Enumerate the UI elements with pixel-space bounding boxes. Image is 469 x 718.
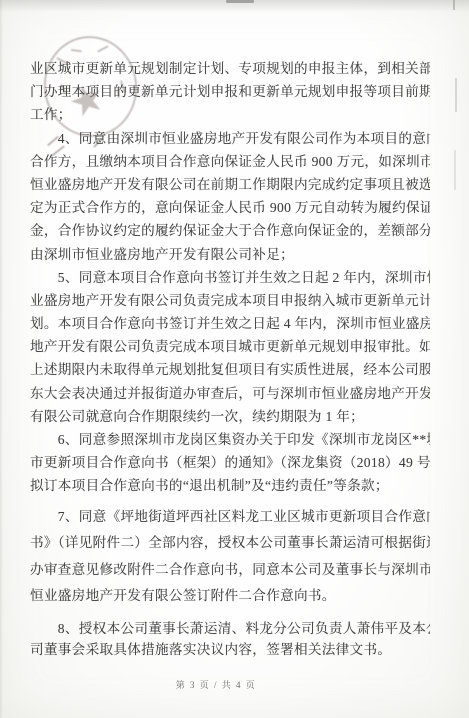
text-line: 业区城市更新单元规划制定计划、专项规划的申报主体，到相关部 — [30, 57, 430, 80]
text-line: 8、授权本公司董事长萧运清、料龙分公司负责人萧伟平及本公 — [30, 618, 430, 639]
text-line: 地产开发有限公司负责完成本项目城市更新单元规划申报审批。如 — [30, 335, 430, 358]
text-line: 定为正式合作方的，意向保证金人民币 900 万元自动转为履约保证 — [30, 196, 430, 219]
page-number: 第 3 页 / 共 4 页 — [16, 678, 416, 691]
text-line: 4、同意由深圳市恒业盛房地产开发有限公司作为本项目的意向 — [30, 127, 430, 150]
text-line: 司董事会采取具体措施落实决议内容，签署相关法律文书。 — [30, 639, 430, 660]
paragraph: 7、同意《坪地街道坪西社区料龙工业区城市更新项目合作意向书》（详见附件二）全部内… — [30, 504, 430, 610]
text-line: 市更新项目合作意向书（框架）的通知》（深龙集资（2018）49 号文）， — [30, 451, 430, 474]
scan-corner-mark — [453, 0, 455, 10]
paragraph: 业区城市更新单元规划制定计划、专项规划的申报主体，到相关部门办理本项目的更新单元… — [30, 57, 430, 127]
paragraph: 6、同意参照深圳市龙岗区集资办关于印发《深圳市龙岗区**城市更新项目合作意向书（… — [30, 428, 430, 498]
text-line: 拟订本项目合作意向书的“退出机制”及“违约责任”等条款； — [30, 474, 430, 497]
scan-top-edge-mark — [226, 0, 254, 3]
text-line: 有限公司就意向合作期限续约一次，续约期限为 1 年； — [30, 405, 430, 428]
text-line: 东大会表决通过并报街道办审查后，可与深圳市恒业盛房地产开发 — [30, 382, 430, 405]
paragraph: 8、授权本公司董事长萧运清、料龙分公司负责人萧伟平及本公司董事会采取具体措施落实… — [30, 618, 430, 660]
text-line: 恒业盛房地产开发有限公司在前期工作期限内完成约定事项且被选 — [30, 173, 430, 196]
text-line: 上述期限内未取得单元规划批复但项目有实质性进展，经本公司股 — [30, 358, 430, 381]
scan-right-edge-mark — [454, 150, 456, 190]
text-line: 7、同意《坪地街道坪西社区料龙工业区城市更新项目合作意向 — [30, 504, 430, 531]
text-line: 6、同意参照深圳市龙岗区集资办关于印发《深圳市龙岗区**城 — [30, 428, 430, 451]
text-line: 恒业盛房地产开发有限公签订附件二合作意向书。 — [30, 583, 430, 610]
text-line: 由深圳市恒业盛房地产开发有限公司补足； — [30, 243, 430, 266]
text-line: 合作方，且缴纳本项目合作意向保证金人民币 900 万元，如深圳市 — [30, 150, 430, 173]
text-line: 业盛房地产开发有限公司负责完成本项目申报纳入城市更新单元计 — [30, 289, 430, 312]
text-line: 门办理本项目的更新单元计划申报和更新单元规划申报等项目前期 — [30, 80, 430, 103]
paragraph: 5、同意本项目合作意向书签订并生效之日起 2 年内，深圳市恒业盛房地产开发有限公… — [30, 266, 430, 428]
text-line: 工作； — [30, 103, 430, 126]
text-line: 办审查意见修改附件二合作意向书，同意本公司及董事长与深圳市 — [30, 557, 430, 584]
scan-right-edge-mark — [455, 78, 457, 112]
seal-text-stroke — [97, 45, 109, 52]
text-line: 划。本项目合作意向书签订并生效之日起 4 年内，深圳市恒业盛房 — [30, 312, 430, 335]
paragraph: 4、同意由深圳市恒业盛房地产开发有限公司作为本项目的意向合作方，且缴纳本项目合作… — [30, 127, 430, 266]
text-line: 5、同意本项目合作意向书签订并生效之日起 2 年内，深圳市恒 — [30, 266, 430, 289]
text-line: 书》（详见附件二）全部内容，授权本公司董事长萧运清可根据街道 — [30, 530, 430, 557]
text-line: 金，合作协议约定的履约保证金大于合作意向保证金的，差额部分 — [30, 219, 430, 242]
scan-left-edge-shadow — [0, 0, 3, 718]
document-body: 业区城市更新单元规划制定计划、专项规划的申报主体，到相关部门办理本项目的更新单元… — [30, 57, 430, 660]
seal-text-stroke — [71, 49, 82, 52]
